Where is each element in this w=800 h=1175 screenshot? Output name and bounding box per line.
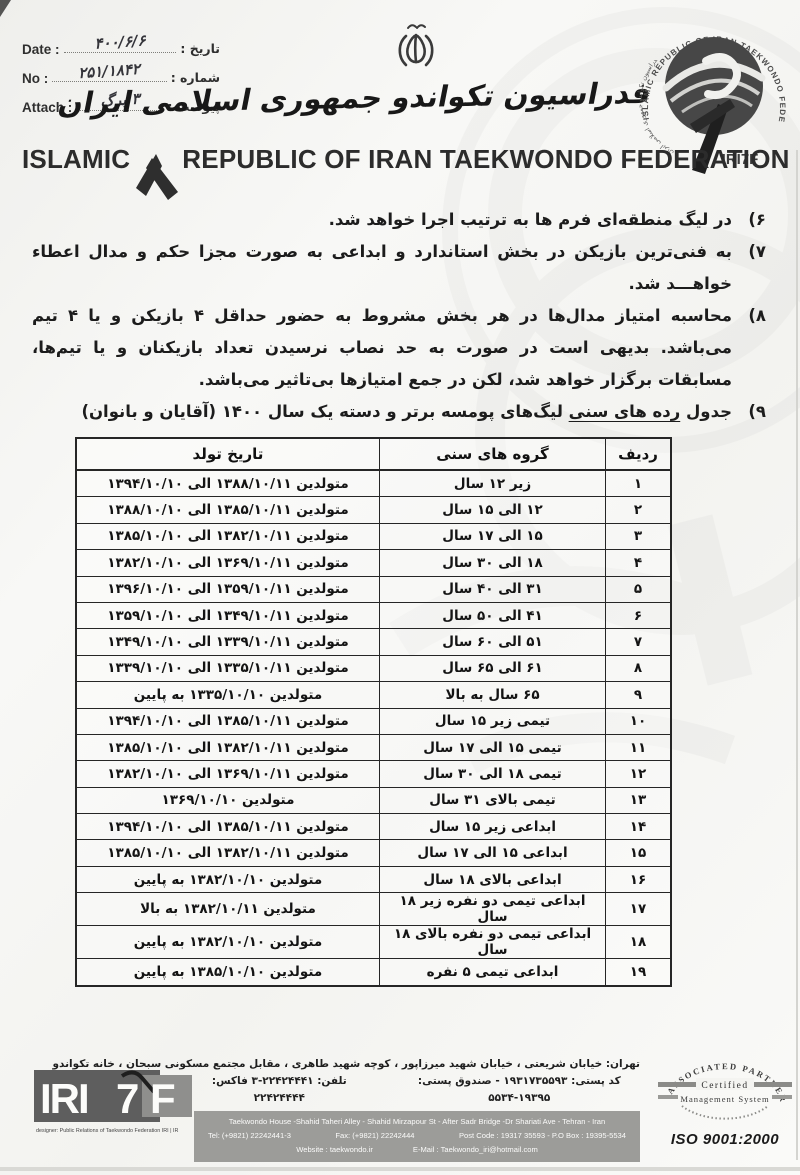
note-number: ۷) [748,236,766,268]
scan-corner-mark [0,0,11,17]
birth-date-cell: متولدین ۱۳۳۹/۱۰/۱۱ الی ۱۳۴۹/۱۰/۱۰ [76,629,379,655]
note-number: ۶) [748,204,766,236]
row-number-cell: ۱۴ [606,814,671,840]
date-label-en: Date : [22,42,60,57]
birth-date-cell: متولدین ۱۳۶۹/۱۰/۱۱ الی ۱۳۸۲/۱۰/۱۰ [76,761,379,787]
table-row: ۷۵۱ الی ۶۰ سالمتولدین ۱۳۳۹/۱۰/۱۱ الی ۱۳۴… [76,629,671,655]
birth-date-cell: متولدین ۱۳۸۵/۱۰/۱۱ الی ۱۳۸۸/۱۰/۱۰ [76,497,379,523]
note-text-prefix: جدول [680,402,732,421]
scanned-letter-page: Date : ۴۰۰/۶/۶ تاریخ : No : ۲۵۱/۱۸۴۲ شما… [0,0,800,1175]
federation-name-calligraphy: فدراسیون تکواندو جمهوری اسلامی ایران [166,76,654,118]
address-en: Taekwondo House -Shahid Taheri Alley - S… [200,1115,634,1129]
age-group-cell: تیمی زیر ۱۵ سال [379,708,605,734]
table-row: ۱۲تیمی ۱۸ الی ۳۰ سالمتولدین ۱۳۶۹/۱۰/۱۱ ا… [76,761,671,787]
table-row: ۱۱تیمی ۱۵ الی ۱۷ سالمتولدین ۱۳۸۲/۱۰/۱۱ ا… [76,734,671,760]
regulation-notes: ۶) در لیگ منطقه‌ای فرم ها به ترتیب اجرا … [32,204,768,428]
note-item-8: ۸) محاسبه امتیاز مدال‌ها در هر بخش مشروط… [32,300,768,396]
row-number-cell: ۱۲ [606,761,671,787]
row-number-cell: ۱۵ [606,840,671,866]
row-number-cell: ۴ [606,550,671,576]
number-field: No : ۲۵۱/۱۸۴۲ شماره : [22,57,220,86]
table-row: ۱۴ابداعی زیر ۱۵ سالمتولدین ۱۳۸۵/۱۰/۱۱ ال… [76,814,671,840]
age-group-cell: تیمی ۱۵ الی ۱۷ سال [379,734,605,760]
table-row: ۱۰تیمی زیر ۱۵ سالمتولدین ۱۳۸۵/۱۰/۱۱ الی … [76,708,671,734]
age-group-cell: ۵۱ الی ۶۰ سال [379,629,605,655]
row-number-cell: ۱۷ [606,893,671,926]
table-row: ۶۴۱ الی ۵۰ سالمتولدین ۱۳۴۹/۱۰/۱۱ الی ۱۳۵… [76,602,671,628]
birth-date-cell: متولدین ۱۳۸۲/۱۰/۱۱ الی ۱۳۸۵/۱۰/۱۰ [76,840,379,866]
note-text: در لیگ منطقه‌ای فرم ها به ترتیب اجرا خوا… [329,210,732,229]
number-label-en: No : [22,71,48,86]
table-row: ۴۱۸ الی ۳۰ سالمتولدین ۱۳۶۹/۱۰/۱۱ الی ۱۳۸… [76,550,671,576]
table-row: ۱۵ابداعی ۱۵ الی ۱۷ سالمتولدین ۱۳۸۲/۱۰/۱۱… [76,840,671,866]
fax-en: Fax: (+9821) 22242444 [335,1129,414,1143]
row-number-cell: ۲ [606,497,671,523]
age-table-header: ردیف گروه های سنی تاریخ تولد [76,438,671,470]
iso-stamp-icon: ASSOCIATED PARTNERS Certified Management… [656,1046,794,1126]
email-en: E-Mail : Taekwondo_iri@hotmail.com [413,1143,538,1157]
birth-date-cell: متولدین ۱۳۸۲/۱۰/۱۰ به پایین [76,926,379,959]
header-row-number: ردیف [606,438,671,470]
table-row: ۱۸ابداعی تیمی دو نفره بالای ۱۸ سالمتولدی… [76,926,671,959]
age-group-cell: ابداعی تیمی دو نفره بالای ۱۸ سال [379,926,605,959]
age-group-cell: ابداعی تیمی دو نفره زیر ۱۸ سال [379,893,605,926]
federation-title-part1: ISLAMIC [22,144,130,175]
date-label-fa: تاریخ : [180,41,220,57]
table-row: ۸۶۱ الی ۶۵ سالمتولدین ۱۳۳۵/۱۰/۱۱ الی ۱۳۳… [76,655,671,681]
note-item-6: ۶) در لیگ منطقه‌ای فرم ها به ترتیب اجرا … [32,204,768,236]
note-text: به فنی‌ترین بازیکن در بخش استاندارد و اب… [32,242,732,293]
iso-certified-text: Certified [701,1080,748,1091]
postal-phone-fa: کد پستی: ۱۹۳۱۷۳۵۵۹۳ - صندوق پستی: ۱۹۳۹۵-… [194,1073,640,1107]
date-dotted-line: ۴۰۰/۶/۶ [64,38,177,53]
logo-letters-iri: IRI [40,1075,88,1122]
note-text-suffix: لیگ‌های پومسه برتر و دسته یک سال ۱۴۰۰ (آ… [81,402,568,421]
row-number-cell: ۱ [606,470,671,497]
iso-certification: ASSOCIATED PARTNERS Certified Management… [656,1046,794,1148]
tel-en: Tel: (+9821) 22242441-3 [208,1129,291,1143]
date-field: Date : ۴۰۰/۶/۶ تاریخ : [22,28,220,57]
birth-date-cell: متولدین ۱۳۸۲/۱۰/۱۱ به بالا [76,893,379,926]
row-number-cell: ۱۸ [606,926,671,959]
federation-title: ISLAMIC REPUBLIC OF IRAN TAEKWONDO FEDER… [22,144,790,202]
header-age-group: گروه های سنی [379,438,605,470]
birth-date-cell: متولدین ۱۳۶۹/۱۰/۱۰ [76,787,379,813]
birth-date-cell: متولدین ۱۳۴۹/۱۰/۱۱ الی ۱۳۵۹/۱۰/۱۰ [76,602,379,628]
address-fa: تهران: خیابان شریعتی ، خیابان شهید میرزا… [194,1056,640,1073]
scan-edge-bottom [0,1167,800,1171]
row-number-cell: ۶ [606,602,671,628]
birth-date-cell: متولدین ۱۳۸۵/۱۰/۱۱ الی ۱۳۹۴/۱۰/۱۰ [76,814,379,840]
row-number-cell: ۹ [606,682,671,708]
age-group-cell: ۱۵ الی ۱۷ سال [379,523,605,549]
header-birth-date: تاریخ تولد [76,438,379,470]
age-group-cell: تیمی ۱۸ الی ۳۰ سال [379,761,605,787]
handwritten-date: ۴۰۰/۶/۶ [94,31,146,53]
row-number-cell: ۸ [606,655,671,681]
table-row: ۳۱۵ الی ۱۷ سالمتولدین ۱۳۸۲/۱۰/۱۱ الی ۱۳۸… [76,523,671,549]
note-text: محاسبه امتیاز مدال‌ها در هر بخش مشروط به… [32,306,732,389]
footer-address-block: تهران: خیابان شریعتی ، خیابان شهید میرزا… [194,1056,640,1162]
table-row: ۱۹ابداعی تیمی ۵ نفرهمتولدین ۱۳۸۵/۱۰/۱۰ ب… [76,959,671,986]
note-item-9: ۹) جدول رده های سنی لیگ‌های پومسه برتر و… [32,396,768,428]
iri7f-logo-icon: IRI 7 F designer: Public Relations of Ta… [34,1070,192,1138]
age-group-cell: زیر ۱۲ سال [379,470,605,497]
row-number-cell: ۵ [606,576,671,602]
age-group-cell: ۱۲ الی ۱۵ سال [379,497,605,523]
note-number: ۹) [748,396,766,428]
age-group-cell: ابداعی بالای ۱۸ سال [379,866,605,892]
taekwondo-belt-icon [128,150,184,202]
row-number-cell: ۱۹ [606,959,671,986]
birth-date-cell: متولدین ۱۳۵۹/۱۰/۱۱ الی ۱۳۹۶/۱۰/۱۰ [76,576,379,602]
scan-edge-right [796,150,798,1160]
age-group-cell: ابداعی زیر ۱۵ سال [379,814,605,840]
age-group-cell: ۳۱ الی ۴۰ سال [379,576,605,602]
birth-date-cell: متولدین ۱۳۸۵/۱۰/۱۱ الی ۱۳۹۴/۱۰/۱۰ [76,708,379,734]
age-groups-table: ردیف گروه های سنی تاریخ تولد ۱زیر ۱۲ سال… [75,437,672,987]
age-table-body: ۱زیر ۱۲ سالمتولدین ۱۳۸۸/۱۰/۱۱ الی ۱۳۹۴/۱… [76,470,671,986]
note-text-underlined: رده های سنی [569,402,681,421]
logo-caption: designer: Public Relations of Taekwondo … [36,1128,179,1134]
table-row: ۱۶ابداعی بالای ۱۸ سالمتولدین ۱۳۸۲/۱۰/۱۰ … [76,866,671,892]
table-row: ۵۳۱ الی ۴۰ سالمتولدین ۱۳۵۹/۱۰/۱۱ الی ۱۳۹… [76,576,671,602]
iran-emblem-icon [386,20,446,76]
birth-date-cell: متولدین ۱۳۳۵/۱۰/۱۱ الی ۱۳۳۹/۱۰/۱۰ [76,655,379,681]
handwritten-number: ۲۵۱/۱۸۴۲ [78,60,141,82]
age-group-cell: تیمی بالای ۳۱ سال [379,787,605,813]
table-row: ۱۳تیمی بالای ۳۱ سالمتولدین ۱۳۶۹/۱۰/۱۰ [76,787,671,813]
iso-management-text: Management System [680,1094,769,1104]
age-group-cell: ابداعی تیمی ۵ نفره [379,959,605,986]
birth-date-cell: متولدین ۱۳۸۲/۱۰/۱۱ الی ۱۳۸۵/۱۰/۱۰ [76,523,379,549]
birth-date-cell: متولدین ۱۳۸۵/۱۰/۱۰ به پایین [76,959,379,986]
row-number-cell: ۳ [606,523,671,549]
row-number-cell: ۱۶ [606,866,671,892]
note-number: ۸) [748,300,766,332]
row-number-cell: ۱۰ [606,708,671,734]
age-group-cell: ۴۱ الی ۵۰ سال [379,602,605,628]
birth-date-cell: متولدین ۱۳۸۲/۱۰/۱۰ به پایین [76,866,379,892]
age-group-cell: ابداعی ۱۵ الی ۱۷ سال [379,840,605,866]
age-group-cell: ۱۸ الی ۳۰ سال [379,550,605,576]
row-number-cell: ۱۱ [606,734,671,760]
table-row: ۱۷ابداعی تیمی دو نفره زیر ۱۸ سالمتولدین … [76,893,671,926]
row-number-cell: ۱۳ [606,787,671,813]
phone-fax-fa: تلفن: ۲۲۴۲۴۴۴۱-۳ فاکس: ۲۲۴۲۴۴۴۴ [194,1073,365,1107]
logo-digit-7: 7 [116,1075,139,1122]
table-row: ۹۶۵ سال به بالامتولدین ۱۳۳۵/۱۰/۱۰ به پای… [76,682,671,708]
postal-code-fa: کد پستی: ۱۹۳۱۷۳۵۵۹۳ - صندوق پستی: ۱۹۳۹۵-… [399,1073,640,1107]
footer-logo: IRI 7 F designer: Public Relations of Ta… [34,1070,192,1142]
note-item-7: ۷) به فنی‌ترین بازیکن در بخش استاندارد و… [32,236,768,300]
birth-date-cell: متولدین ۱۳۸۸/۱۰/۱۱ الی ۱۳۹۴/۱۰/۱۰ [76,470,379,497]
website-en: Website : taekwondo.ir [296,1143,373,1157]
row-number-cell: ۷ [606,629,671,655]
age-group-cell: ۶۵ سال به بالا [379,682,605,708]
table-row: ۲۱۲ الی ۱۵ سالمتولدین ۱۳۸۵/۱۰/۱۱ الی ۱۳۸… [76,497,671,523]
iso-label: ISO 9001:2000 [656,1131,794,1148]
table-row: ۱زیر ۱۲ سالمتولدین ۱۳۸۸/۱۰/۱۱ الی ۱۳۹۴/۱… [76,470,671,497]
number-dotted-line: ۲۵۱/۱۸۴۲ [52,67,166,82]
postcode-en: Post Code : 19317 35593 - P.O Box : 1939… [459,1129,626,1143]
age-group-cell: ۶۱ الی ۶۵ سال [379,655,605,681]
logo-letter-f: F [150,1075,176,1122]
birth-date-cell: متولدین ۱۳۸۲/۱۰/۱۱ الی ۱۳۸۵/۱۰/۱۰ [76,734,379,760]
federation-title-part2: REPUBLIC OF IRAN TAEKWONDO FEDERATION [182,144,789,175]
footer-gray-bar: Taekwondo House -Shahid Taheri Alley - S… [194,1111,640,1162]
birth-date-cell: متولدین ۱۳۶۹/۱۰/۱۱ الی ۱۳۸۲/۱۰/۱۰ [76,550,379,576]
birth-date-cell: متولدین ۱۳۳۵/۱۰/۱۰ به پایین [76,682,379,708]
